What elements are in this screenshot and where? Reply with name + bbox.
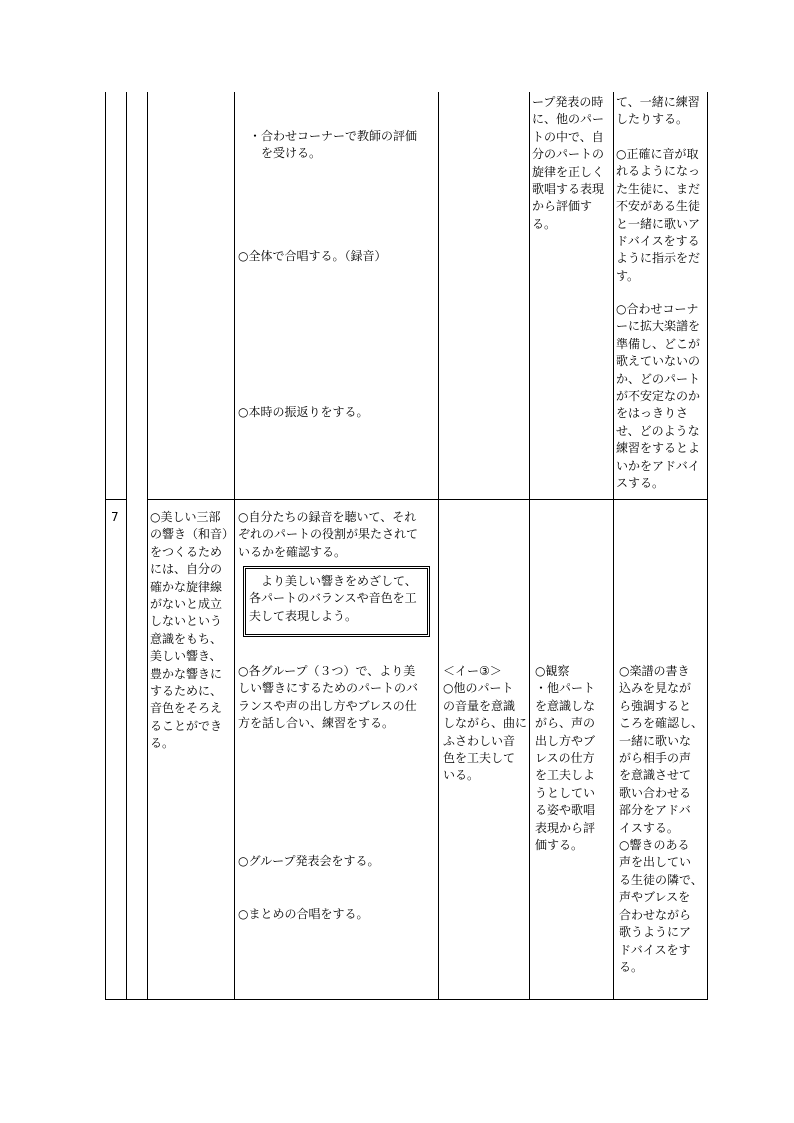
table-border-right xyxy=(707,92,708,1000)
document-page: ・合わせコーナーで教師の評価 を受ける。 ○全体で合唱する。（録音） ○本時の振… xyxy=(0,0,794,1123)
support-practice-together: て、一緒に練習 したりする。 xyxy=(616,94,700,129)
column-divider-2 xyxy=(147,92,148,1000)
activity-final-chorus: ○まとめの合唱をする。 xyxy=(238,906,368,923)
row-divider-main xyxy=(147,499,708,500)
lesson-goal: ○美しい三部 の響き（和音） をつくるため には、自分の 確かな旋律線 がないと… xyxy=(150,509,234,753)
column-divider-5 xyxy=(529,92,530,1000)
lesson-task-box: より美しい響きをめざして、 各パートのバランスや音色を工 夫して表現しよう。 xyxy=(243,566,430,637)
activity-teacher-evaluation: ・合わせコーナーで教師の評価 を受ける。 xyxy=(249,128,417,163)
teacher-support: ○楽譜の書き 込みを見なが ら強調すると ころを確認し、 一緒に歌いな がら相手… xyxy=(619,663,703,976)
period-number: 7 xyxy=(111,509,119,526)
row-divider-col1 xyxy=(105,499,126,500)
table-border-bottom xyxy=(105,999,708,1000)
activity-group-presentation: ○グループ発表会をする。 xyxy=(238,853,380,870)
column-divider-3 xyxy=(234,92,235,1000)
support-enlarged-score: ○合わせコーナ ーに拡大楽譜を 準備し、どこが 歌えていないの か、どのパート … xyxy=(616,301,700,492)
support-pair-students: ○正確に音が取 れるようになっ た生徒に、まだ 不安がある生徒 と一緒に歌いア … xyxy=(616,146,700,285)
table-border-left xyxy=(105,92,106,1000)
activity-reflection: ○本時の振返りをする。 xyxy=(238,404,368,421)
column-divider-4 xyxy=(438,92,439,1000)
activity-listen-recording: ○自分たちの録音を聴いて、それ ぞれのパートの役割が果たされて いるかを確認する… xyxy=(238,509,418,561)
lesson-task-text: より美しい響きをめざして、 各パートのバランスや音色を工 夫して表現しよう。 xyxy=(249,573,417,625)
activity-full-chorus-recording: ○全体で合唱する。（録音） xyxy=(238,248,386,265)
column-divider-1 xyxy=(126,92,127,1000)
evaluation-criteria: ＜イー③＞ ○他のパート の音量を意識 しながら、曲に ふさわしい音 色を工夫し… xyxy=(443,663,527,785)
evaluation-method: ○観察 ・他パート を意識しな がら、声の 出し方やブ レスの仕方 を工夫しよ … xyxy=(535,663,595,854)
evaluation-method-continued: ープ発表の時 に、他のパー トの中で、自 分のパートの 旋律を正しく 歌唱する表… xyxy=(532,94,604,233)
activity-group-discussion: ○各グループ（３つ）で、より美 しい響きにするためのパートのバ ランスや声の出し… xyxy=(238,663,418,733)
column-divider-6 xyxy=(613,92,614,1000)
